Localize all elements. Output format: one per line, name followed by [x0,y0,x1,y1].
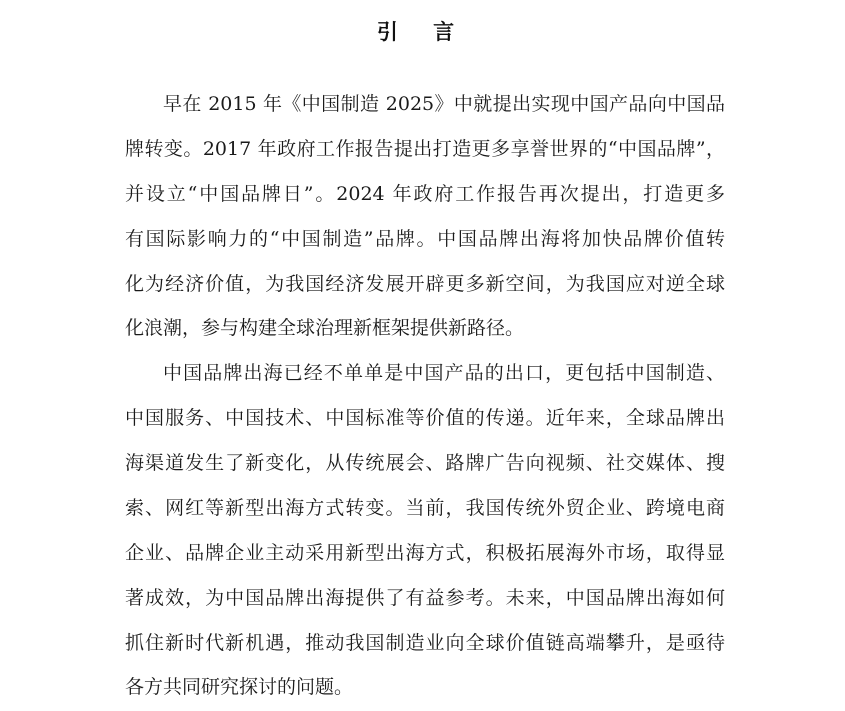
paragraph-line: 索、网红等新型出海方式转变。当前，我国传统外贸企业、跨境电商 [125,494,725,522]
paragraph-line: 著成效，为中国品牌出海提供了有益参考。未来，中国品牌出海如何 [125,584,725,612]
paragraph-line: 中国品牌出海已经不单单是中国产品的出口，更包括中国制造、 [163,359,725,387]
paragraph-line: 化为经济价值，为我国经济发展开辟更多新空间，为我国应对逆全球 [125,270,725,298]
document-page: 引 言 早在 2015 年《中国制造 2025》中就提出实现中国产品向中国品 牌… [0,0,845,711]
paragraph-line: 抓住新时代新机遇，推动我国制造业向全球价值链高端攀升，是亟待 [125,629,725,657]
paragraph-line: 有国际影响力的“中国制造”品牌。中国品牌出海将加快品牌价值转 [125,225,725,253]
paragraph-line: 企业、品牌企业主动采用新型出海方式，积极拓展海外市场，取得显 [125,539,725,567]
paragraph-line: 中国服务、中国技术、中国标准等价值的传递。近年来，全球品牌出 [125,404,725,432]
paragraph-line: 并设立“中国品牌日”。2024 年政府工作报告再次提出，打造更多 [125,180,725,208]
paragraph-line: 海渠道发生了新变化，从传统展会、路牌广告向视频、社交媒体、搜 [125,449,725,477]
paragraph-line: 早在 2015 年《中国制造 2025》中就提出实现中国产品向中国品 [163,90,725,118]
page-title: 引 言 [0,14,845,50]
paragraph-line: 化浪潮，参与构建全球治理新框架提供新路径。 [125,314,725,342]
paragraph-line: 各方共同研究探讨的问题。 [125,673,725,701]
paragraph-line: 牌转变。2017 年政府工作报告提出打造更多享誉世界的“中国品牌”， [125,135,725,163]
